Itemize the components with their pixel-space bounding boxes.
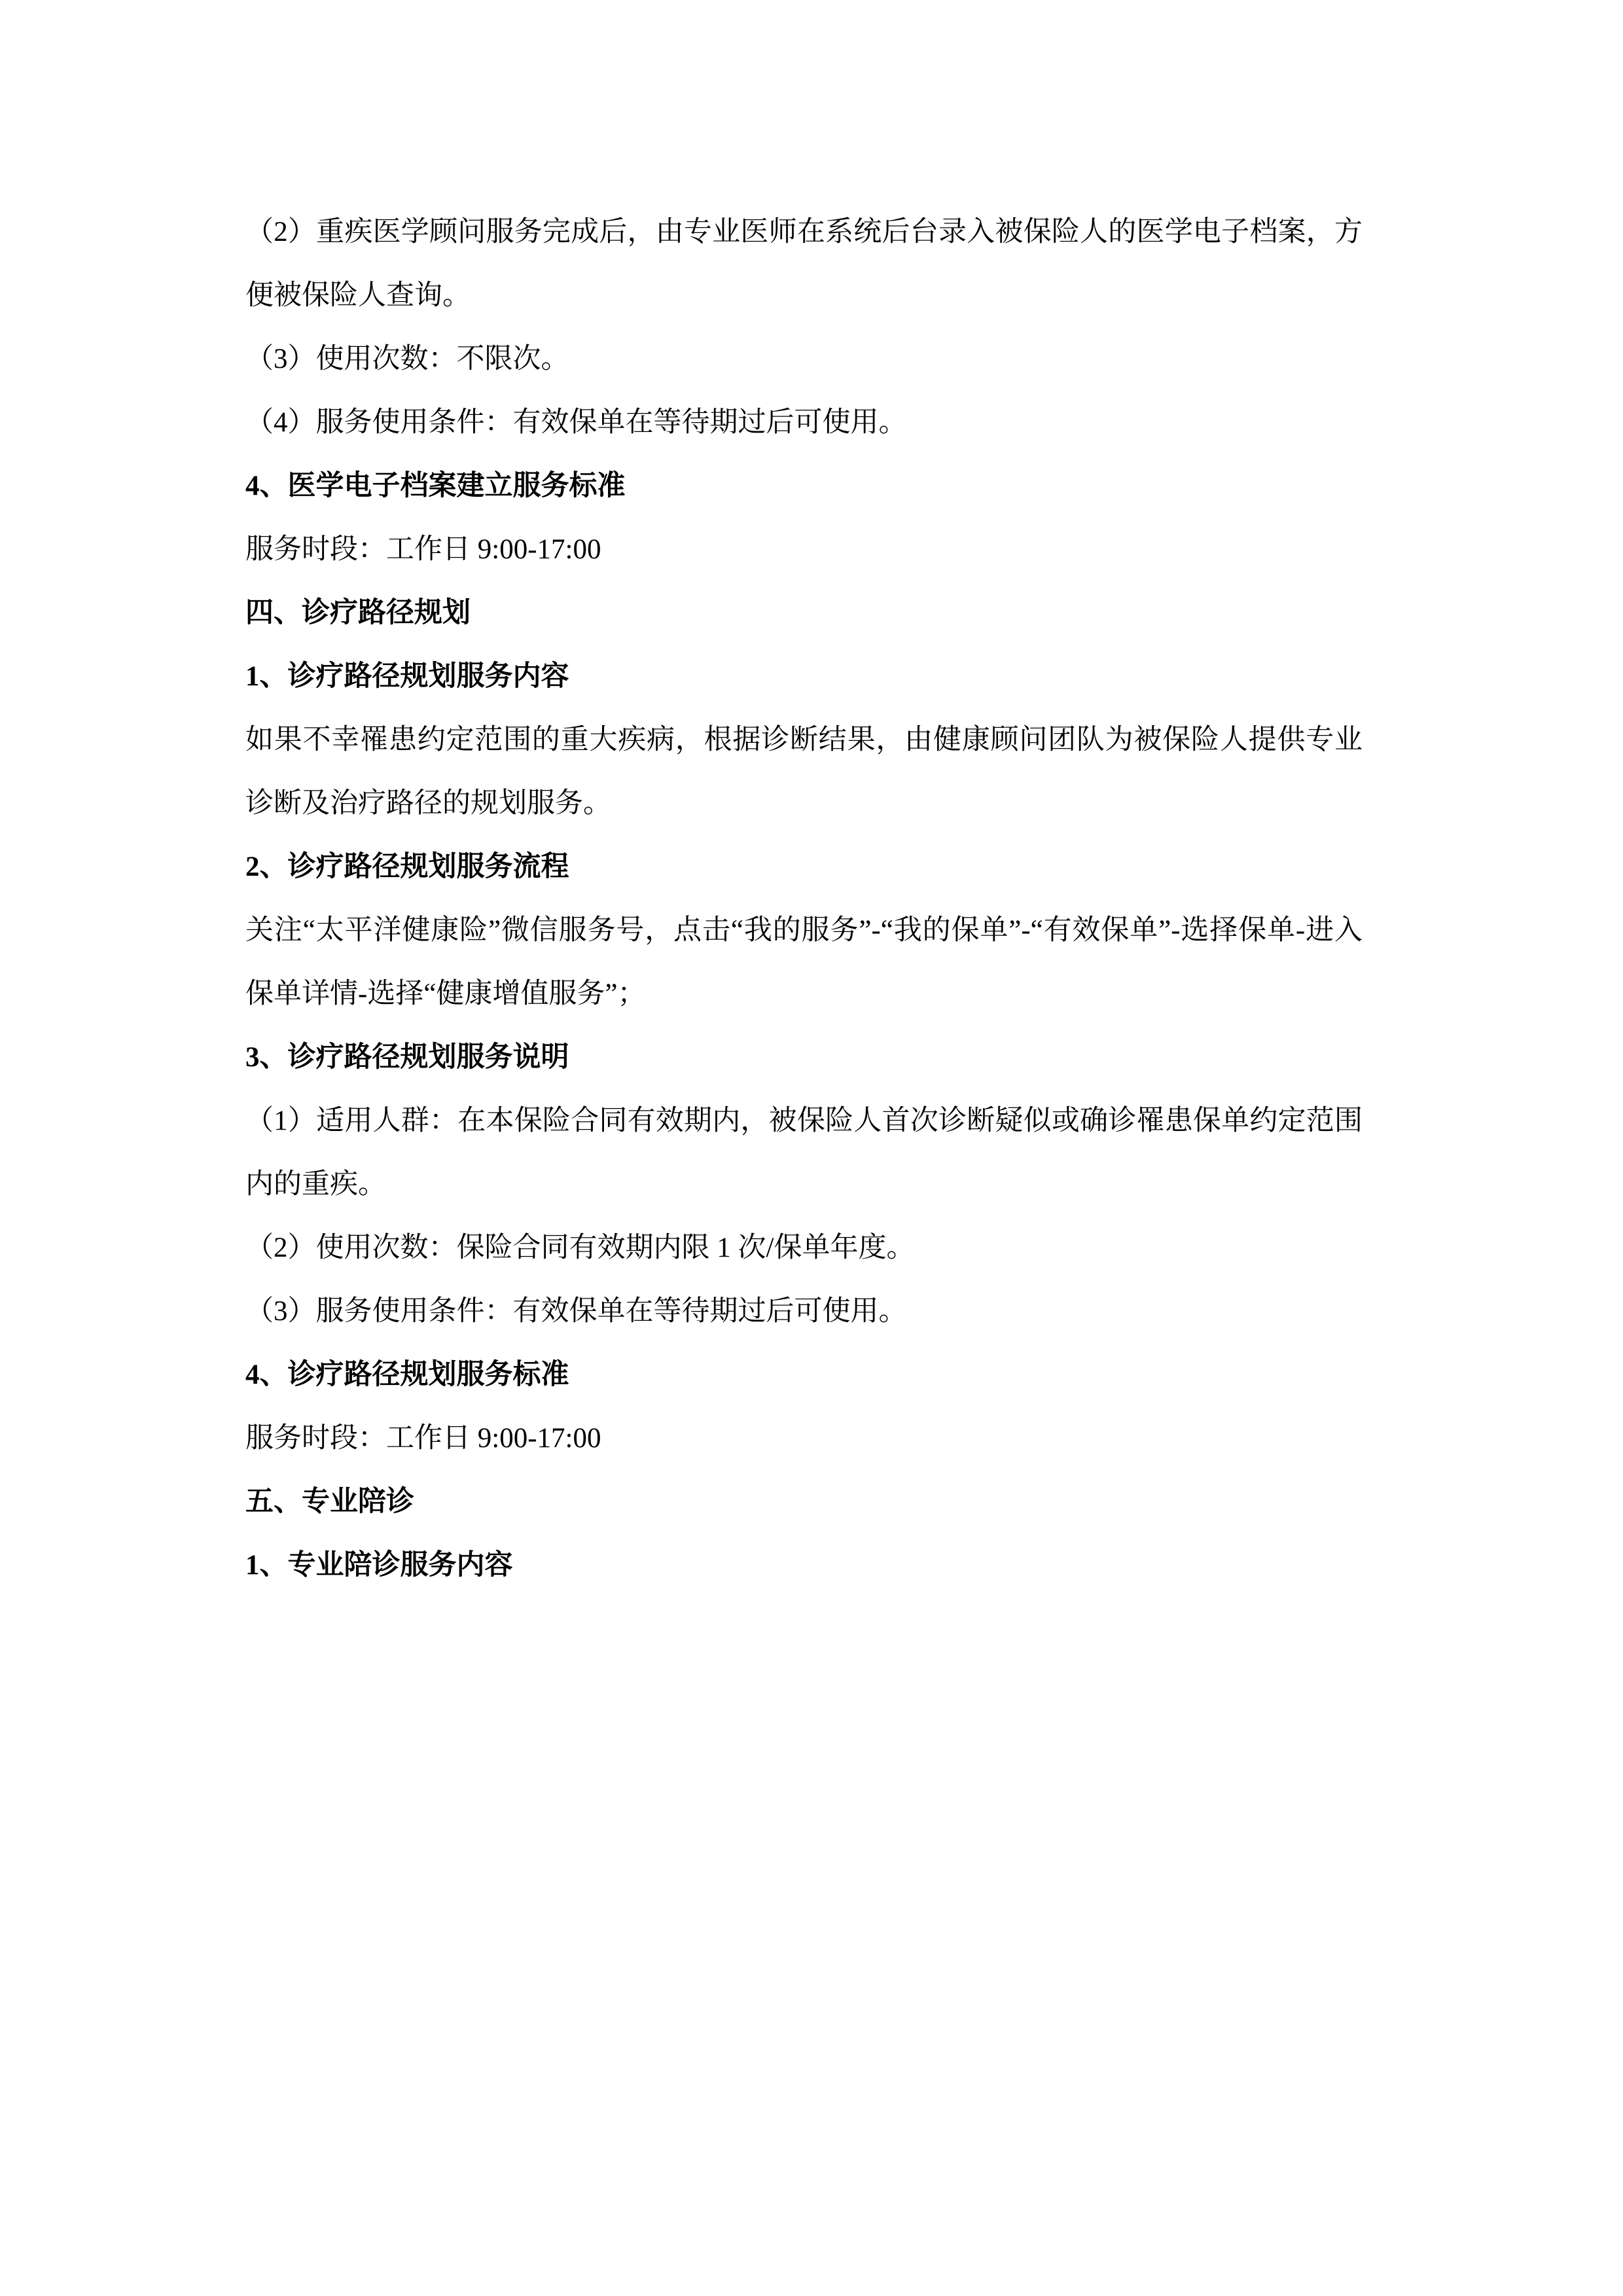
paragraph-treatment-path-process: 关注“太平洋健康险”微信服务号，点击“我的服务”-“我的保单”-“有效保单”-选… (245, 899, 1363, 1026)
clause-2-medical-archive-entry: （2）重疾医学顾问服务完成后，由专业医师在系统后台录入被保险人的医学电子档案，方… (245, 200, 1363, 327)
clause-2-usage-count-treatment-path: （2）使用次数：保险合同有效期内限 1 次/保单年度。 (245, 1216, 1363, 1280)
heading-3-treatment-path-notes: 3、诊疗路径规划服务说明 (245, 1026, 1363, 1089)
heading-section-5-professional-accompaniment: 五、专业陪诊 (245, 1470, 1363, 1534)
service-hours-medical-archive: 服务时段：工作日 9:00-17:00 (245, 518, 1363, 581)
clause-4-usage-condition: （4）服务使用条件：有效保单在等待期过后可使用。 (245, 391, 1363, 454)
heading-1-treatment-path-content: 1、诊疗路径规划服务内容 (245, 645, 1363, 708)
heading-4-medical-archive-standard: 4、医学电子档案建立服务标准 (245, 454, 1363, 518)
service-hours-treatment-path: 服务时段：工作日 9:00-17:00 (245, 1407, 1363, 1470)
clause-1-applicable-people: （1）适用人群：在本保险合同有效期内，被保险人首次诊断疑似或确诊罹患保单约定范围… (245, 1089, 1363, 1216)
document-body: （2）重疾医学顾问服务完成后，由专业医师在系统后台录入被保险人的医学电子档案，方… (245, 200, 1363, 1597)
heading-4-treatment-path-standard: 4、诊疗路径规划服务标准 (245, 1343, 1363, 1407)
heading-section-4-treatment-path-planning: 四、诊疗路径规划 (245, 581, 1363, 645)
document-page: （2）重疾医学顾问服务完成后，由专业医师在系统后台录入被保险人的医学电子档案，方… (0, 0, 1623, 2296)
clause-3-usage-condition-treatment-path: （3）服务使用条件：有效保单在等待期过后可使用。 (245, 1280, 1363, 1343)
clause-3-usage-count: （3）使用次数：不限次。 (245, 327, 1363, 391)
heading-2-treatment-path-process: 2、诊疗路径规划服务流程 (245, 835, 1363, 899)
heading-1-professional-accompaniment-content: 1、专业陪诊服务内容 (245, 1534, 1363, 1597)
paragraph-treatment-path-content: 如果不幸罹患约定范围的重大疾病，根据诊断结果，由健康顾问团队为被保险人提供专业诊… (245, 708, 1363, 835)
